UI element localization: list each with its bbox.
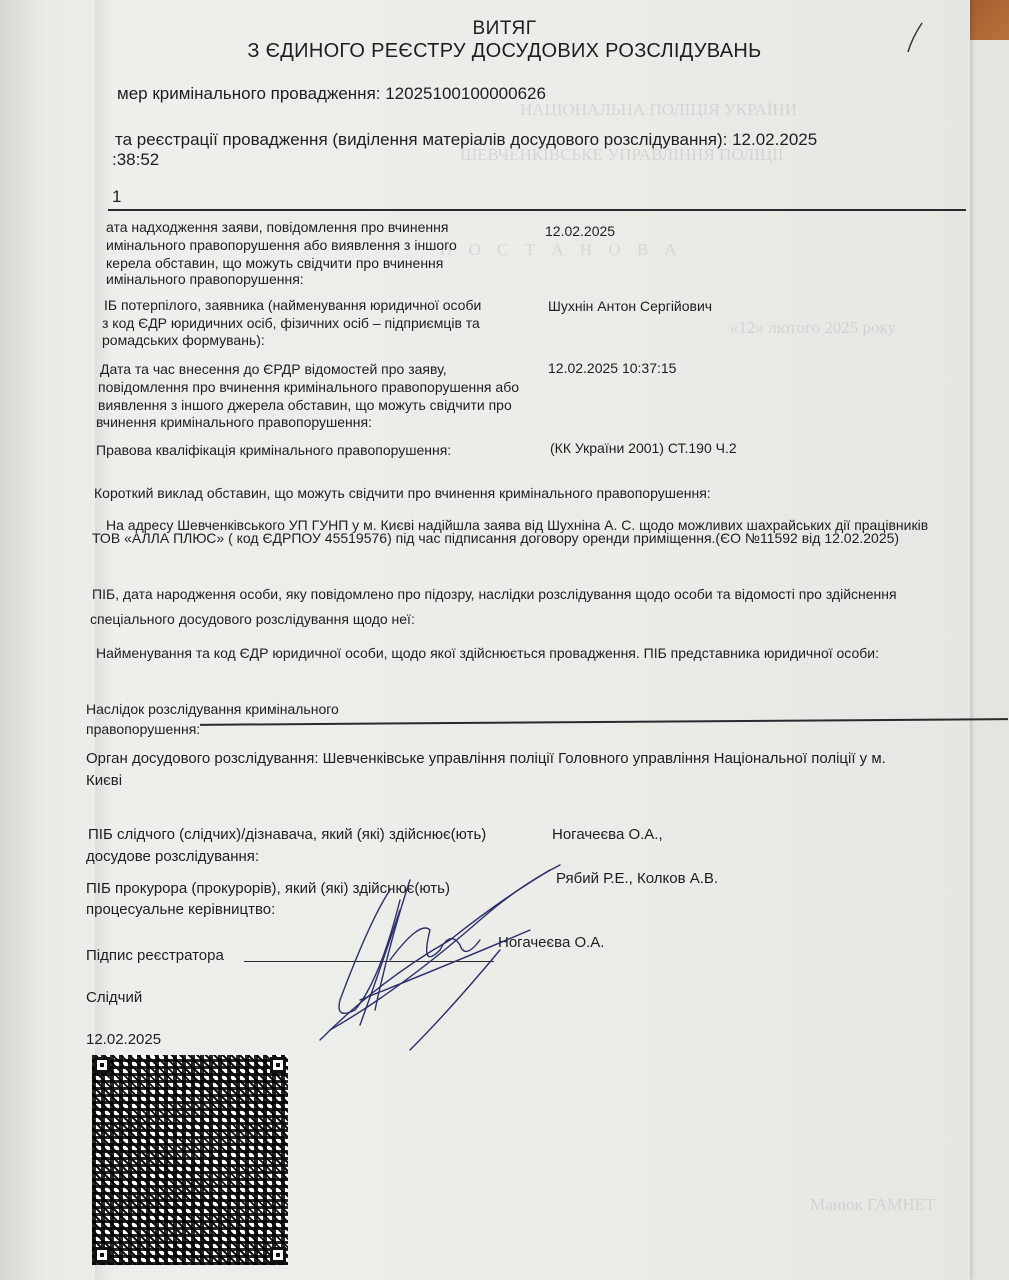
- show-through-text: Манюк ГАМНЕТ: [810, 1195, 935, 1215]
- section-number: 1: [112, 187, 121, 206]
- proceeding-number: мер кримінального провадження: 120251001…: [117, 84, 546, 103]
- suspect-label: спеціального досудового розслідування що…: [90, 610, 415, 629]
- field-label: имінального правопорушення:: [106, 270, 304, 289]
- registration-date: та реєстрації провадження (виділення мат…: [115, 130, 817, 149]
- investigator-title: Слідчий: [86, 988, 142, 1007]
- investigator-label: досудове розслідування:: [86, 847, 259, 866]
- show-through-text: П О С Т А Н О В А: [440, 240, 683, 260]
- field-label: ромадських формувань):: [102, 331, 265, 350]
- field-label: Дата та час внесення до ЄРДР відомостей …: [100, 360, 447, 379]
- field-label: Правова кваліфікація кримінального право…: [96, 441, 451, 460]
- investigation-body: Орган досудового розслідування: Шевченкі…: [86, 749, 886, 768]
- field-label: ІБ потерпілого, заявника (найменування ю…: [104, 296, 481, 315]
- field-label: вчинення кримінального правопорушення:: [96, 413, 372, 432]
- registration-time: :38:52: [112, 150, 159, 169]
- prosecutor-label: процесуальне керівництво:: [86, 900, 275, 919]
- suspect-label: ПІБ, дата народження особи, яку повідомл…: [92, 585, 897, 604]
- field-label: имінального правопорушення або виявлення…: [106, 236, 457, 255]
- document-subtitle: З ЄДИНОГО РЕЄСТРУ ДОСУДОВИХ РОЗСЛІДУВАНЬ: [0, 40, 1009, 63]
- entry-datetime-value: 12.02.2025 10:37:15: [548, 359, 676, 378]
- field-label: ата надходження заяви, повідомлення про …: [106, 218, 448, 237]
- show-through-text: «12» лютого 2025 року: [730, 318, 896, 338]
- summary-label: Короткий виклад обставин, що можуть свід…: [94, 484, 711, 503]
- registrar-signature-label: Підпис реєстратора: [86, 946, 224, 965]
- result-label: Наслідок розслідування кримінального: [86, 700, 339, 719]
- show-through-text: НАЦІОНАЛЬНА ПОЛІЦІЯ УКРАЇНИ: [520, 100, 797, 120]
- qr-code: [92, 1055, 288, 1265]
- investigator-label: ПІБ слідчого (слідчих)/дізнавача, який (…: [88, 825, 486, 844]
- field-label: повідомлення про вчинення кримінального …: [98, 378, 519, 397]
- footer-date: 12.02.2025: [86, 1030, 161, 1049]
- investigation-body: Києві: [86, 771, 122, 790]
- receipt-date-value: 12.02.2025: [545, 222, 615, 241]
- summary-text: ТОВ «АЛЛА ПЛЮС» ( код ЄДРПОУ 45519576) п…: [92, 529, 899, 548]
- section-divider: [108, 209, 966, 211]
- applicant-name-value: Шухнін Антон Сергійович: [548, 297, 712, 316]
- qr-finder-icon: [94, 1057, 110, 1073]
- handwritten-signature: [300, 860, 660, 1060]
- result-label: правопорушення:: [86, 720, 200, 739]
- qr-finder-icon: [270, 1057, 286, 1073]
- investigator-value: Ногачеєва О.А.,: [552, 825, 663, 844]
- document-title: ВИТЯГ: [0, 18, 1009, 40]
- legal-qualification-value: (КК України 2001) СТ.190 Ч.2: [550, 439, 737, 458]
- qr-finder-icon: [94, 1247, 110, 1263]
- legal-entity-label: Найменування та код ЄДР юридичної особи,…: [96, 644, 879, 663]
- qr-finder-icon: [270, 1247, 286, 1263]
